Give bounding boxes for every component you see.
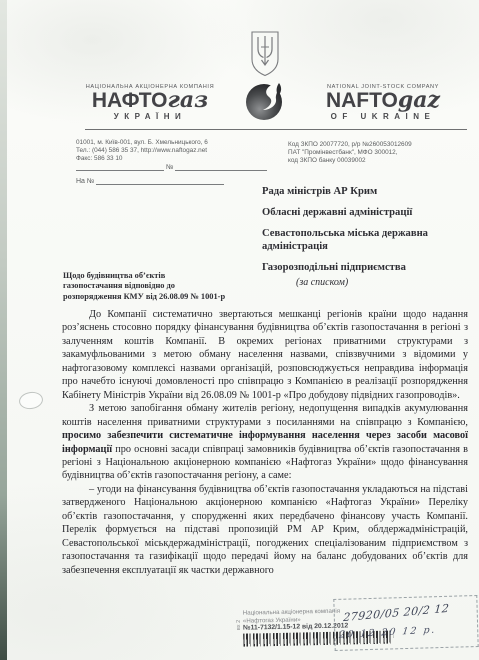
recipient-item: Севастопольська міська державна адмініст… <box>262 228 462 253</box>
naftogaz-flame-icon <box>243 80 289 122</box>
subject-line-1: Щодо будівництва об’єктів <box>63 271 243 281</box>
ref-no-label: № <box>166 164 174 171</box>
date-blank <box>76 163 164 171</box>
letterhead-divider <box>85 129 467 130</box>
brand-country-ua: УКРАЇНИ <box>114 112 187 121</box>
subject-block: Щодо будівництва об’єктів газопостачання… <box>63 271 243 302</box>
letter-body: До Компанії систематично звертаються меш… <box>62 308 468 577</box>
bank-details-block: Код ЗКПО 20077720, р/р №260053012609 ПАТ… <box>288 141 468 166</box>
recipient-item: Газорозподільні підприємства <box>262 262 462 275</box>
brand-wordmark-en: NAFTOgaz <box>326 90 440 111</box>
scan-edge-strip <box>0 0 7 660</box>
recipients-note: (за списком) <box>296 277 462 290</box>
bank-line-3: код ЗКПО банку 00039002 <box>288 157 468 165</box>
reply-label: На № <box>76 178 94 185</box>
outgoing-ref-line: № <box>76 163 286 171</box>
brand-block-en: NATIONAL JOINT-STOCK COMPANY NAFTOgaz OF… <box>299 84 467 121</box>
body-paragraph-3: – угоди на фінансування будівництва об’є… <box>62 483 468 577</box>
ukraine-trident-icon <box>250 31 280 77</box>
recipient-item: Обласні державні адміністрації <box>262 207 462 220</box>
subject-line-3: розпорядження КМУ від 26.08.09 № 1001-р <box>63 292 243 302</box>
contact-block: 01001, м. Київ-001, вул. Б. Хмельницьког… <box>76 139 261 164</box>
reply-ref-line: На № <box>76 177 286 185</box>
subject-line-2: газопостачання відповідно до <box>63 281 243 291</box>
phone-line: Тел.: (044) 586 35 37, http://www.naftog… <box>76 147 261 155</box>
scanned-letter-page: { "colors": { "paper": "#f8f9f6", "ink":… <box>0 0 479 660</box>
stamp-side-label: вх 2 <box>236 620 242 630</box>
recipient-item: Рада міністрів АР Крим <box>262 186 462 199</box>
address-line: 01001, м. Київ-001, вул. Б. Хмельницьког… <box>76 139 261 147</box>
body-paragraph-2: З метою запобігання обману жителів регіо… <box>62 402 468 483</box>
body-paragraph-1: До Компанії систематично звертаються меш… <box>62 308 468 402</box>
recipients-block: Рада міністрів АР Крим Обласні державні … <box>262 186 462 290</box>
bank-line-1: Код ЗКПО 20077720, р/р №260053012609 <box>288 141 468 149</box>
number-blank <box>175 163 267 171</box>
brand-wordmark-ua: НАФТОгаз <box>92 90 208 111</box>
hole-punch-mark <box>18 390 44 410</box>
brand-block-ua: НАЦІОНАЛЬНА АКЦІОНЕРНА КОМПАНІЯ НАФТОгаз… <box>75 84 225 121</box>
reply-number-blank <box>96 177 224 185</box>
letter-paper: НАЦІОНАЛЬНА АКЦІОНЕРНА КОМПАНІЯ НАФТОгаз… <box>7 0 479 660</box>
brand-country-en: OF UKRAINE <box>331 112 436 121</box>
